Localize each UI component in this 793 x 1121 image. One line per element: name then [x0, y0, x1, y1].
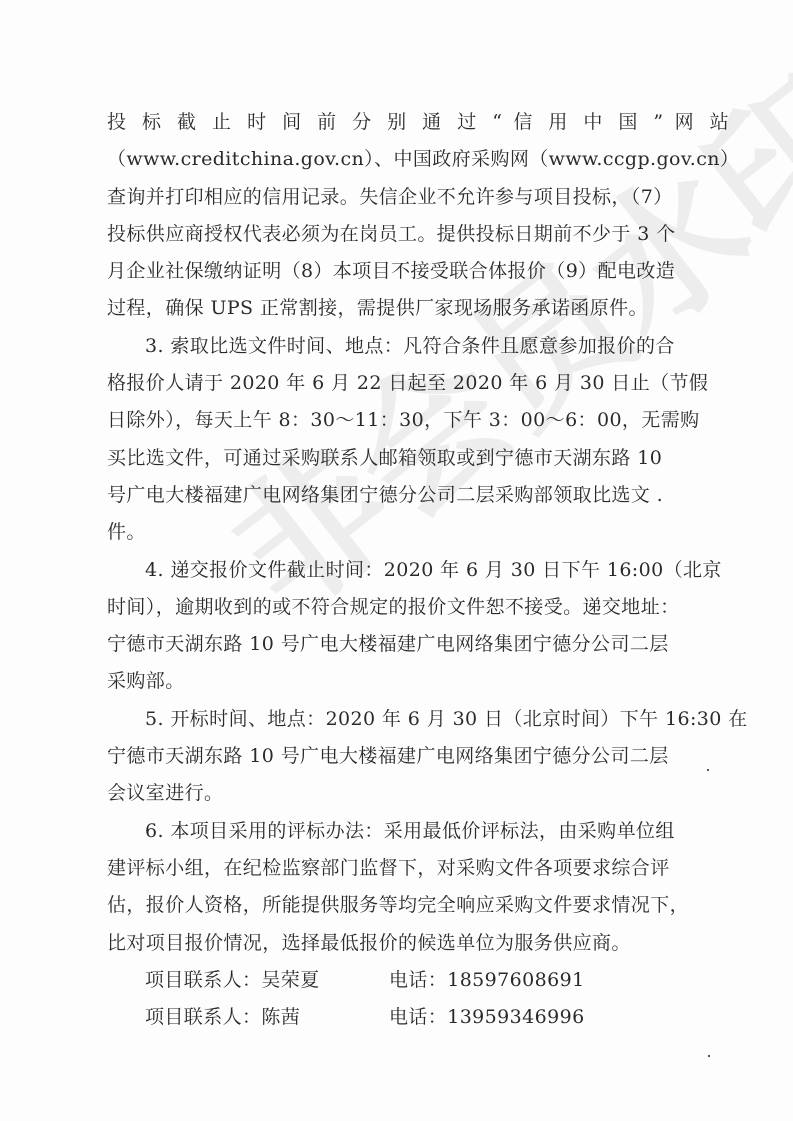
paragraph-requirements: 投 标 截 止 时 间 前 分 别 通 过 “ 信 用 中 国 ” 网 站 （w…: [107, 104, 729, 328]
text-line: 查询并打印相应的信用记录。失信企业不允许参与项目投标，（7）: [107, 179, 729, 216]
contact-row: 项目联系人：吴荣夏 电话：18597608691: [107, 962, 729, 999]
text-line: 件。: [107, 514, 729, 551]
scan-speck: [707, 769, 709, 771]
text-line: 会议室进行。: [107, 775, 729, 812]
text-line: 建评标小组，在纪检监察部门监督下，对采购文件各项要求综合评: [107, 850, 729, 887]
contact-name: 项目联系人：吴荣夏: [145, 962, 389, 999]
paragraph-section-6: 6. 本项目采用的评标办法：采用最低价评标法，由采购单位组 建评标小组，在纪检监…: [107, 813, 729, 962]
document-page: 非会员水印 投 标 截 止 时 间 前 分 别 通 过 “ 信 用 中 国 ” …: [0, 0, 793, 1121]
text-line: 时间），逾期收到的或不符合规定的报价文件恕不接受。递交地址：: [107, 589, 729, 626]
text-line: 估，报价人资格，所能提供服务等均完全响应采购文件要求情况下，: [107, 887, 729, 924]
contact-row: 项目联系人：陈茜 电话：13959346996: [107, 999, 729, 1036]
text-line: （www.creditchina.gov.cn）、中国政府采购网（www.ccg…: [107, 141, 729, 178]
text-line: 月企业社保缴纳证明（8）本项目不接受联合体报价（9）配电改造: [107, 253, 729, 290]
text-line: 投标供应商授权代表必须为在岗员工。提供投标日期前不少于 3 个: [107, 216, 729, 253]
text-line: 格报价人请于 2020 年 6 月 22 日起至 2020 年 6 月 30 日…: [107, 365, 729, 402]
text-line: 宁德市天湖东路 10 号广电大楼福建广电网络集团宁德分公司二层: [107, 626, 729, 663]
text-line: 买比选文件，可通过采购联系人邮箱领取或到宁德市天湖东路 10: [107, 440, 729, 477]
text-line: 宁德市天湖东路 10 号广电大楼福建广电网络集团宁德分公司二层: [107, 738, 729, 775]
contact-phone: 电话：13959346996: [389, 999, 585, 1036]
document-body: 投 标 截 止 时 间 前 分 别 通 过 “ 信 用 中 国 ” 网 站 （w…: [107, 104, 729, 1036]
text-line: 6. 本项目采用的评标办法：采用最低价评标法，由采购单位组: [107, 813, 729, 850]
text-line: 3. 索取比选文件时间、地点：凡符合条件且愿意参加报价的合: [107, 328, 729, 365]
text-line: 比对项目报价情况，选择最低报价的候选单位为服务供应商。: [107, 925, 729, 962]
text-line: 日除外），每天上午 8：30～11：30，下午 3：00～6：00，无需购: [107, 402, 729, 439]
paragraph-section-5: 5. 开标时间、地点：2020 年 6 月 30 日（北京时间）下午 16:30…: [107, 701, 729, 813]
text-line: 4. 递交报价文件截止时间：2020 年 6 月 30 日下午 16:00（北京: [107, 552, 729, 589]
text-line: 采购部。: [107, 663, 729, 700]
text-line: 5. 开标时间、地点：2020 年 6 月 30 日（北京时间）下午 16:30…: [107, 701, 729, 738]
text-line: 投 标 截 止 时 间 前 分 别 通 过 “ 信 用 中 国 ” 网 站: [107, 104, 729, 141]
text-line: 号广电大楼福建广电网络集团宁德分公司二层采购部领取比选文 .: [107, 477, 729, 514]
paragraph-section-4: 4. 递交报价文件截止时间：2020 年 6 月 30 日下午 16:00（北京…: [107, 552, 729, 701]
scan-speck: [708, 1055, 710, 1057]
paragraph-section-3: 3. 索取比选文件时间、地点：凡符合条件且愿意参加报价的合 格报价人请于 202…: [107, 328, 729, 552]
contact-phone: 电话：18597608691: [389, 962, 585, 999]
text-line: 过程，确保 UPS 正常割接，需提供厂家现场服务承诺函原件。: [107, 290, 729, 327]
contact-name: 项目联系人：陈茜: [145, 999, 389, 1036]
contact-list: 项目联系人：吴荣夏 电话：18597608691 项目联系人：陈茜 电话：139…: [107, 962, 729, 1037]
